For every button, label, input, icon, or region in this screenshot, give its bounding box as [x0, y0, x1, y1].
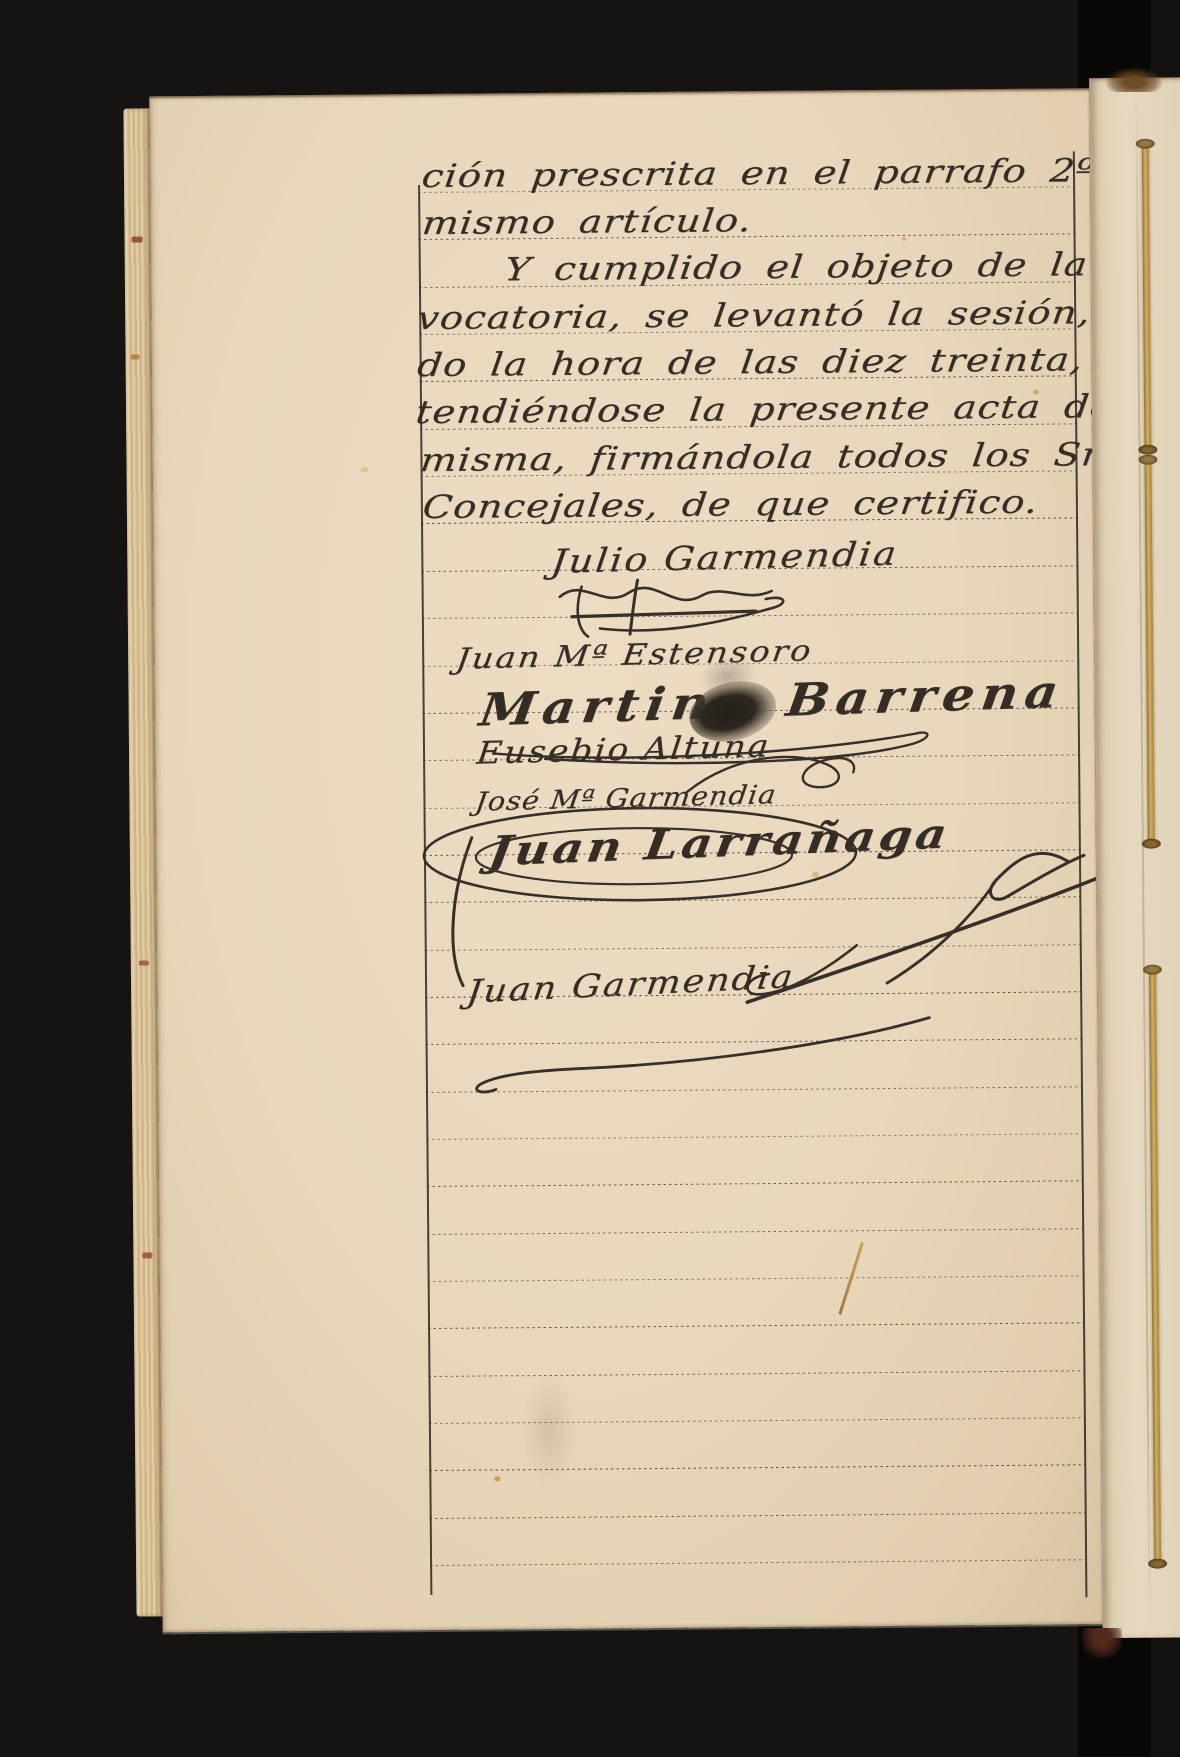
ruled-line: [428, 1323, 1084, 1330]
ruled-line: [430, 1512, 1086, 1519]
handwritten-line: Concejales, de que certifico.: [421, 486, 1040, 523]
binding-thread: [1145, 462, 1155, 842]
edge-fleck: [132, 236, 143, 242]
rubric-flourish-juan-garmendia: [457, 1007, 960, 1095]
edge-fleck: [131, 354, 140, 359]
ruled-line: [427, 1181, 1083, 1188]
book-gutter: [1089, 77, 1180, 1638]
handwritten-line: Y cumplido el objeto de la con-: [503, 247, 1180, 285]
handwritten-line: vocatoria, se levantó la sesión, sien-: [415, 295, 1180, 334]
open-book: ción prescrita en el parrafo 2º del mism…: [121, 87, 1180, 1636]
stain: [1033, 390, 1039, 395]
binding-thread: [1142, 146, 1152, 448]
binding-thread: [1149, 972, 1161, 1562]
handwritten-line: tendiéndose la presente acta de la: [414, 389, 1176, 428]
stain: [494, 1476, 500, 1481]
stain: [522, 1373, 577, 1489]
book-scan-photo: ción prescrita en el parrafo 2º del mism…: [0, 0, 1180, 1757]
ruled-line: [428, 1275, 1084, 1282]
stain: [902, 237, 907, 241]
ruled-line: [428, 1370, 1084, 1377]
stain: [812, 872, 819, 878]
stain: [361, 467, 369, 473]
handwritten-line: mismo artículo.: [421, 204, 755, 239]
handwritten-line: misma, firmándola todos los Sres.: [419, 438, 1161, 476]
ruled-line: [430, 1559, 1086, 1566]
handwritten-line: ción prescrita en el parrafo 2º del: [420, 153, 1180, 192]
cover-tuft: [1082, 1628, 1122, 1658]
ruled-line: [427, 1228, 1083, 1235]
signature-juan-ma-estensoro: Juan Mª Estensoro: [454, 636, 814, 674]
rubric-flourish-julio: [541, 569, 798, 643]
edge-fleck: [142, 1252, 152, 1258]
edge-fleck: [139, 960, 149, 965]
ruled-line: [426, 1133, 1082, 1140]
binding-tuft: [1106, 68, 1162, 92]
handwritten-line: do la hora de las diez treinta, ex-: [416, 343, 1169, 382]
manuscript-page: ción prescrita en el parrafo 2º del mism…: [149, 88, 1102, 1632]
